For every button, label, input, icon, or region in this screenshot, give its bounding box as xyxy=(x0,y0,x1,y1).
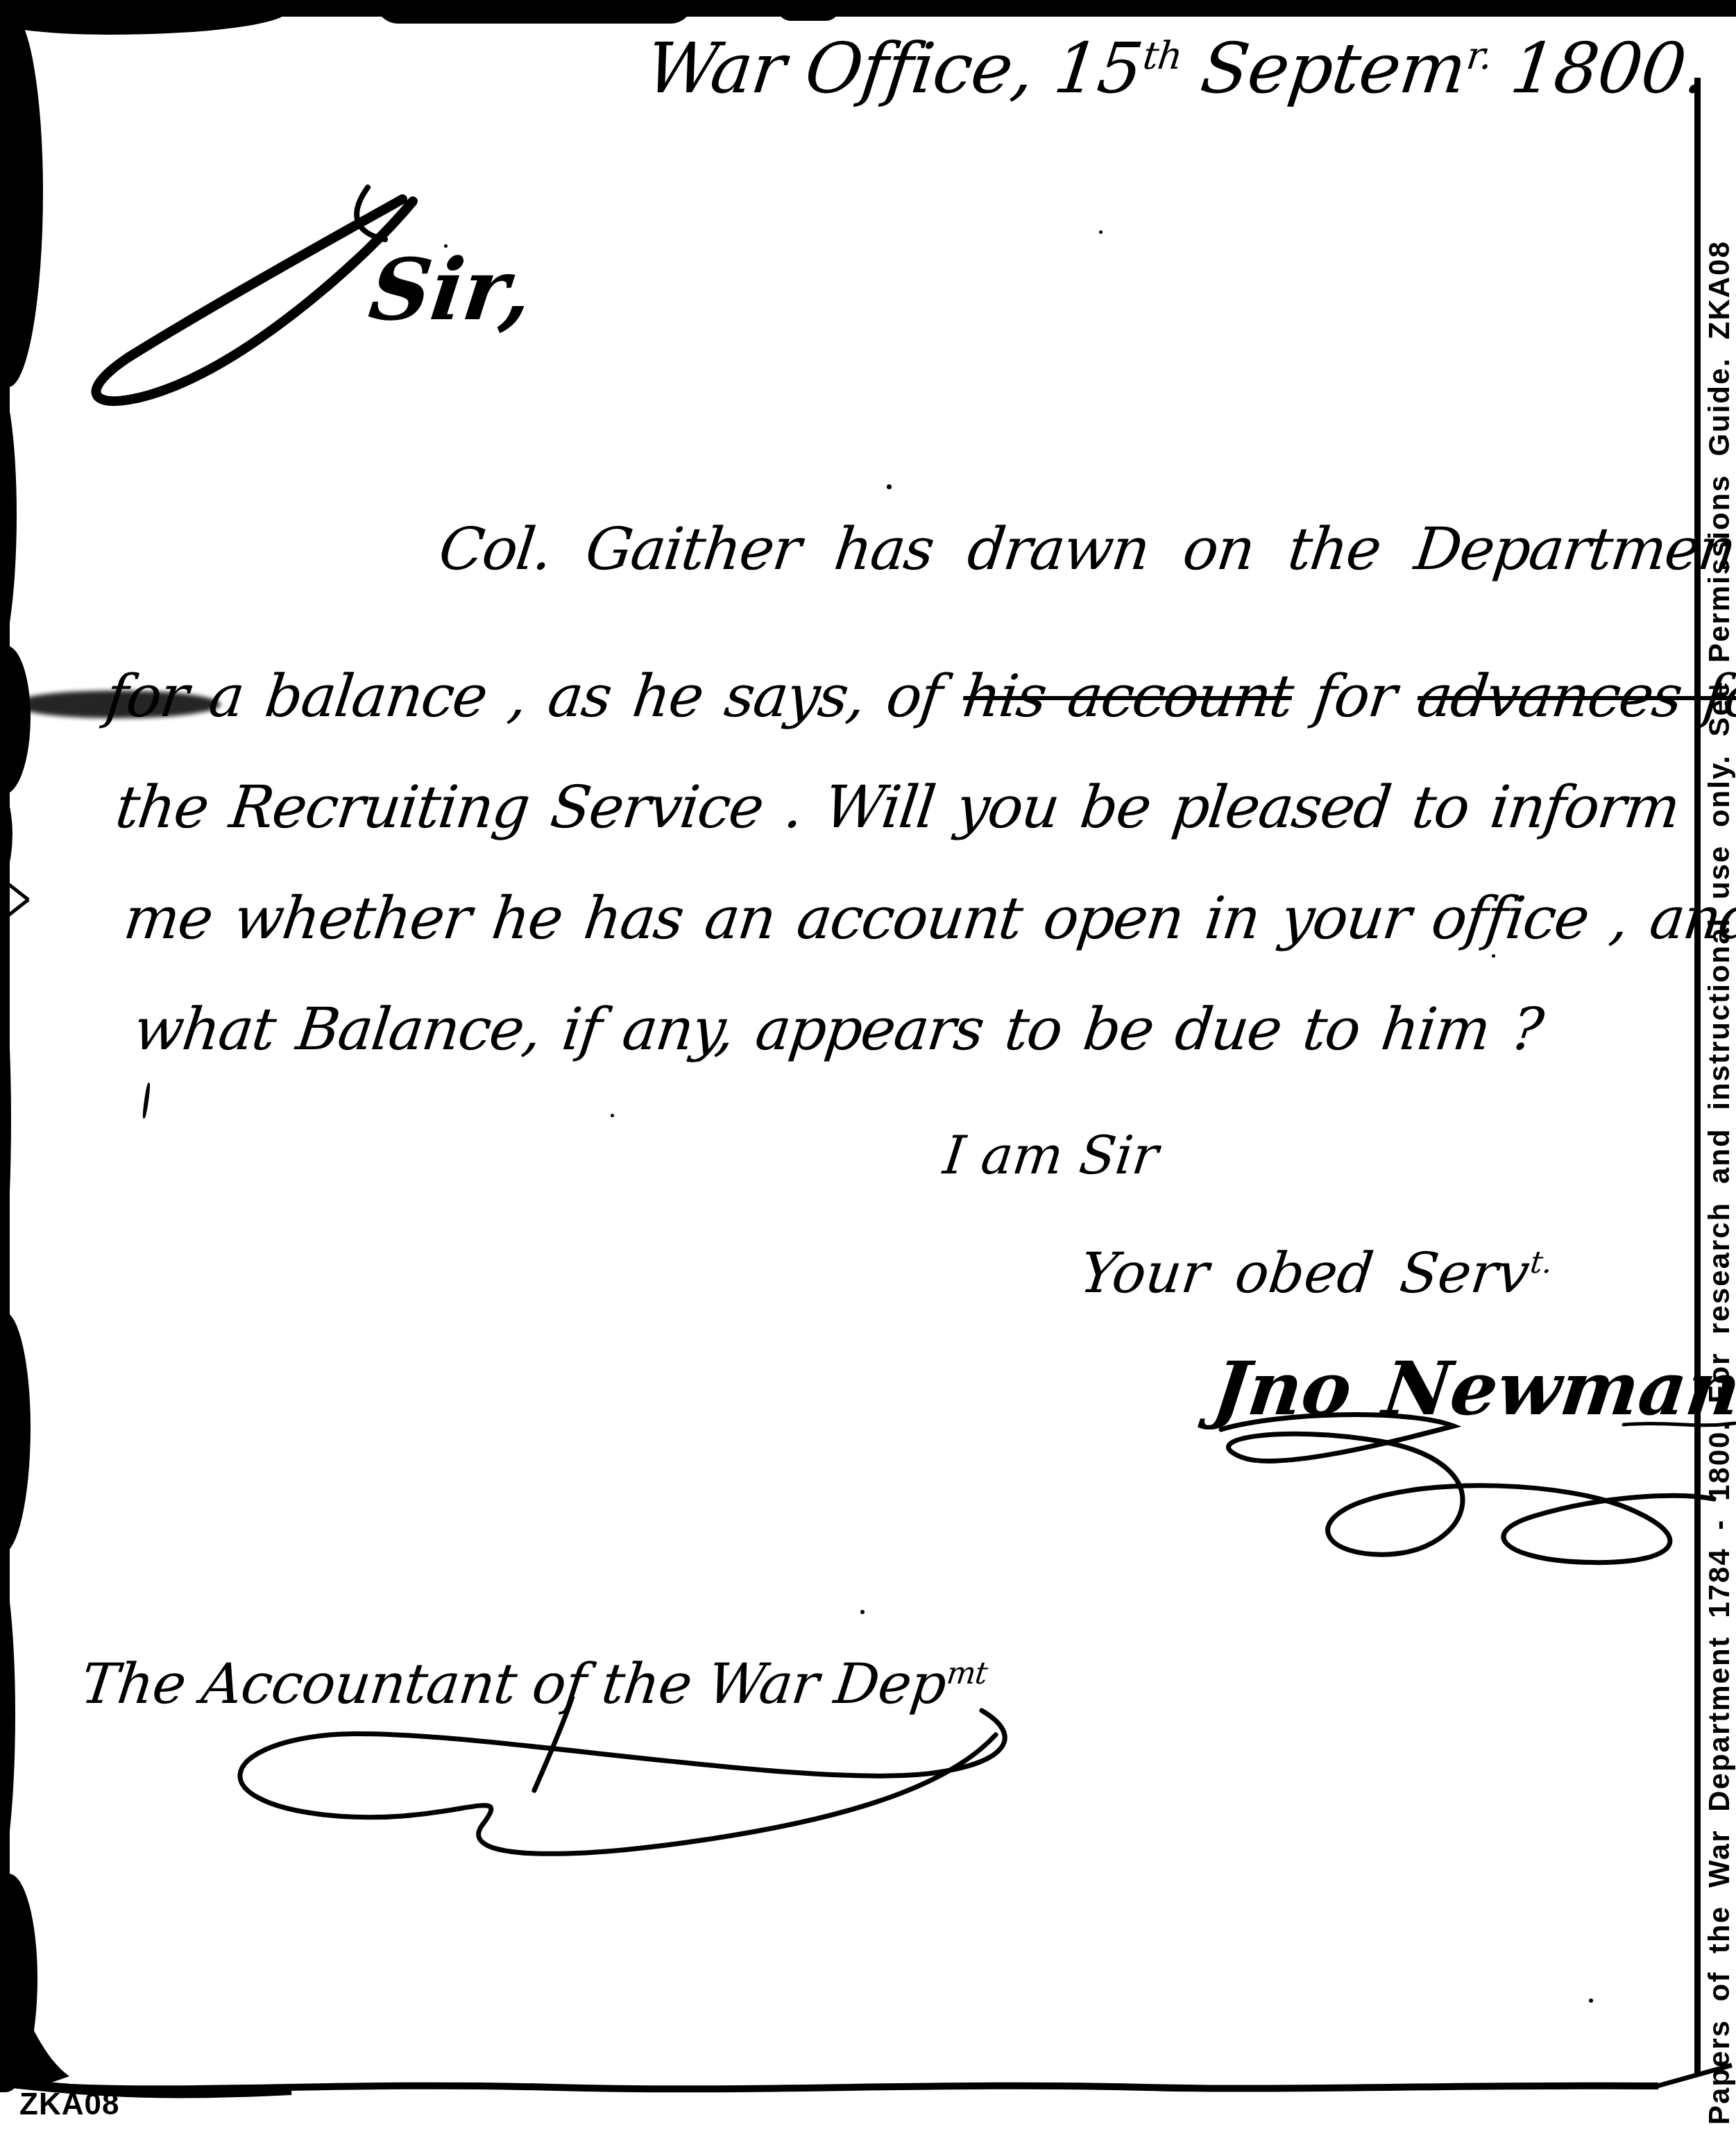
dateline: War Office, 15th Septemr. 1800. xyxy=(642,28,1712,109)
closing-i-am-sir: I am Sir xyxy=(940,1124,1161,1186)
scan-speck xyxy=(611,1114,614,1117)
scan-left-edge-blob xyxy=(0,375,17,666)
scan-left-edge-blob xyxy=(0,1547,15,1894)
body-text: for xyxy=(1288,662,1422,730)
body-line-2: for a balance , as he says, of his accou… xyxy=(97,662,1728,773)
scan-left-edge-blob xyxy=(0,12,43,387)
body-line-5: what Balance, if any, appears to be due … xyxy=(97,995,1728,1106)
right-margin-note: Papers of the War Department 1784 - 1800… xyxy=(1704,71,1735,2125)
letter-body: Col. Gaither has drawn on the Department… xyxy=(97,515,1714,1106)
dateline-day-suffix: th xyxy=(1141,33,1184,78)
body-line-4: me whether he has an account open in you… xyxy=(97,884,1728,995)
scan-top-edge-blob xyxy=(0,0,288,35)
signature-flourish xyxy=(1180,1405,1736,1568)
body-line-1: Col. Gaither has drawn on the Department xyxy=(97,515,1728,626)
body-text: Col. Gaither has drawn on the Department xyxy=(436,515,1736,583)
body-line-3: the Recruiting Service . Will you be ple… xyxy=(97,773,1728,884)
body-text: me whether he has an account open in you… xyxy=(121,884,1736,952)
scan-top-edge-blob xyxy=(375,0,694,24)
scan-speck xyxy=(860,1610,865,1614)
scan-speck xyxy=(1099,230,1103,234)
strikethrough-text: advances for xyxy=(1413,662,1736,730)
scanned-letter-page: War Office, 15th Septemr. 1800. Sir, Col… xyxy=(0,0,1736,2129)
dateline-place-day: War Office, 15 xyxy=(642,28,1147,109)
address-suffix: mt xyxy=(945,1656,989,1691)
scan-top-edge-blob xyxy=(777,0,840,21)
scan-bottom-edge xyxy=(0,1971,1736,2129)
scan-speck xyxy=(1589,1999,1593,2003)
scan-left-edge-blob xyxy=(0,645,31,795)
dateline-year: 1800. xyxy=(1485,28,1711,109)
body-text: what Balance, if any, appears to be due … xyxy=(130,995,1546,1063)
bottom-left-code: ZKA08 xyxy=(19,2087,119,2122)
closing-suffix: t. xyxy=(1529,1245,1555,1280)
closing-text: Your obed Serv xyxy=(1077,1241,1533,1305)
body-text: the Recruiting Service . Will you be ple… xyxy=(112,773,1683,841)
closing-your-obed-servt: Your obed Servt. xyxy=(1077,1241,1555,1305)
salutation: Sir, xyxy=(364,239,538,339)
address-flourish xyxy=(156,1697,1037,1884)
body-text: for a balance , as he says, of xyxy=(103,662,968,730)
scan-left-edge-blob xyxy=(0,1312,31,1554)
dateline-month: Septem xyxy=(1175,28,1470,109)
strikethrough-text: his account xyxy=(960,662,1297,730)
scan-speck xyxy=(887,484,892,489)
